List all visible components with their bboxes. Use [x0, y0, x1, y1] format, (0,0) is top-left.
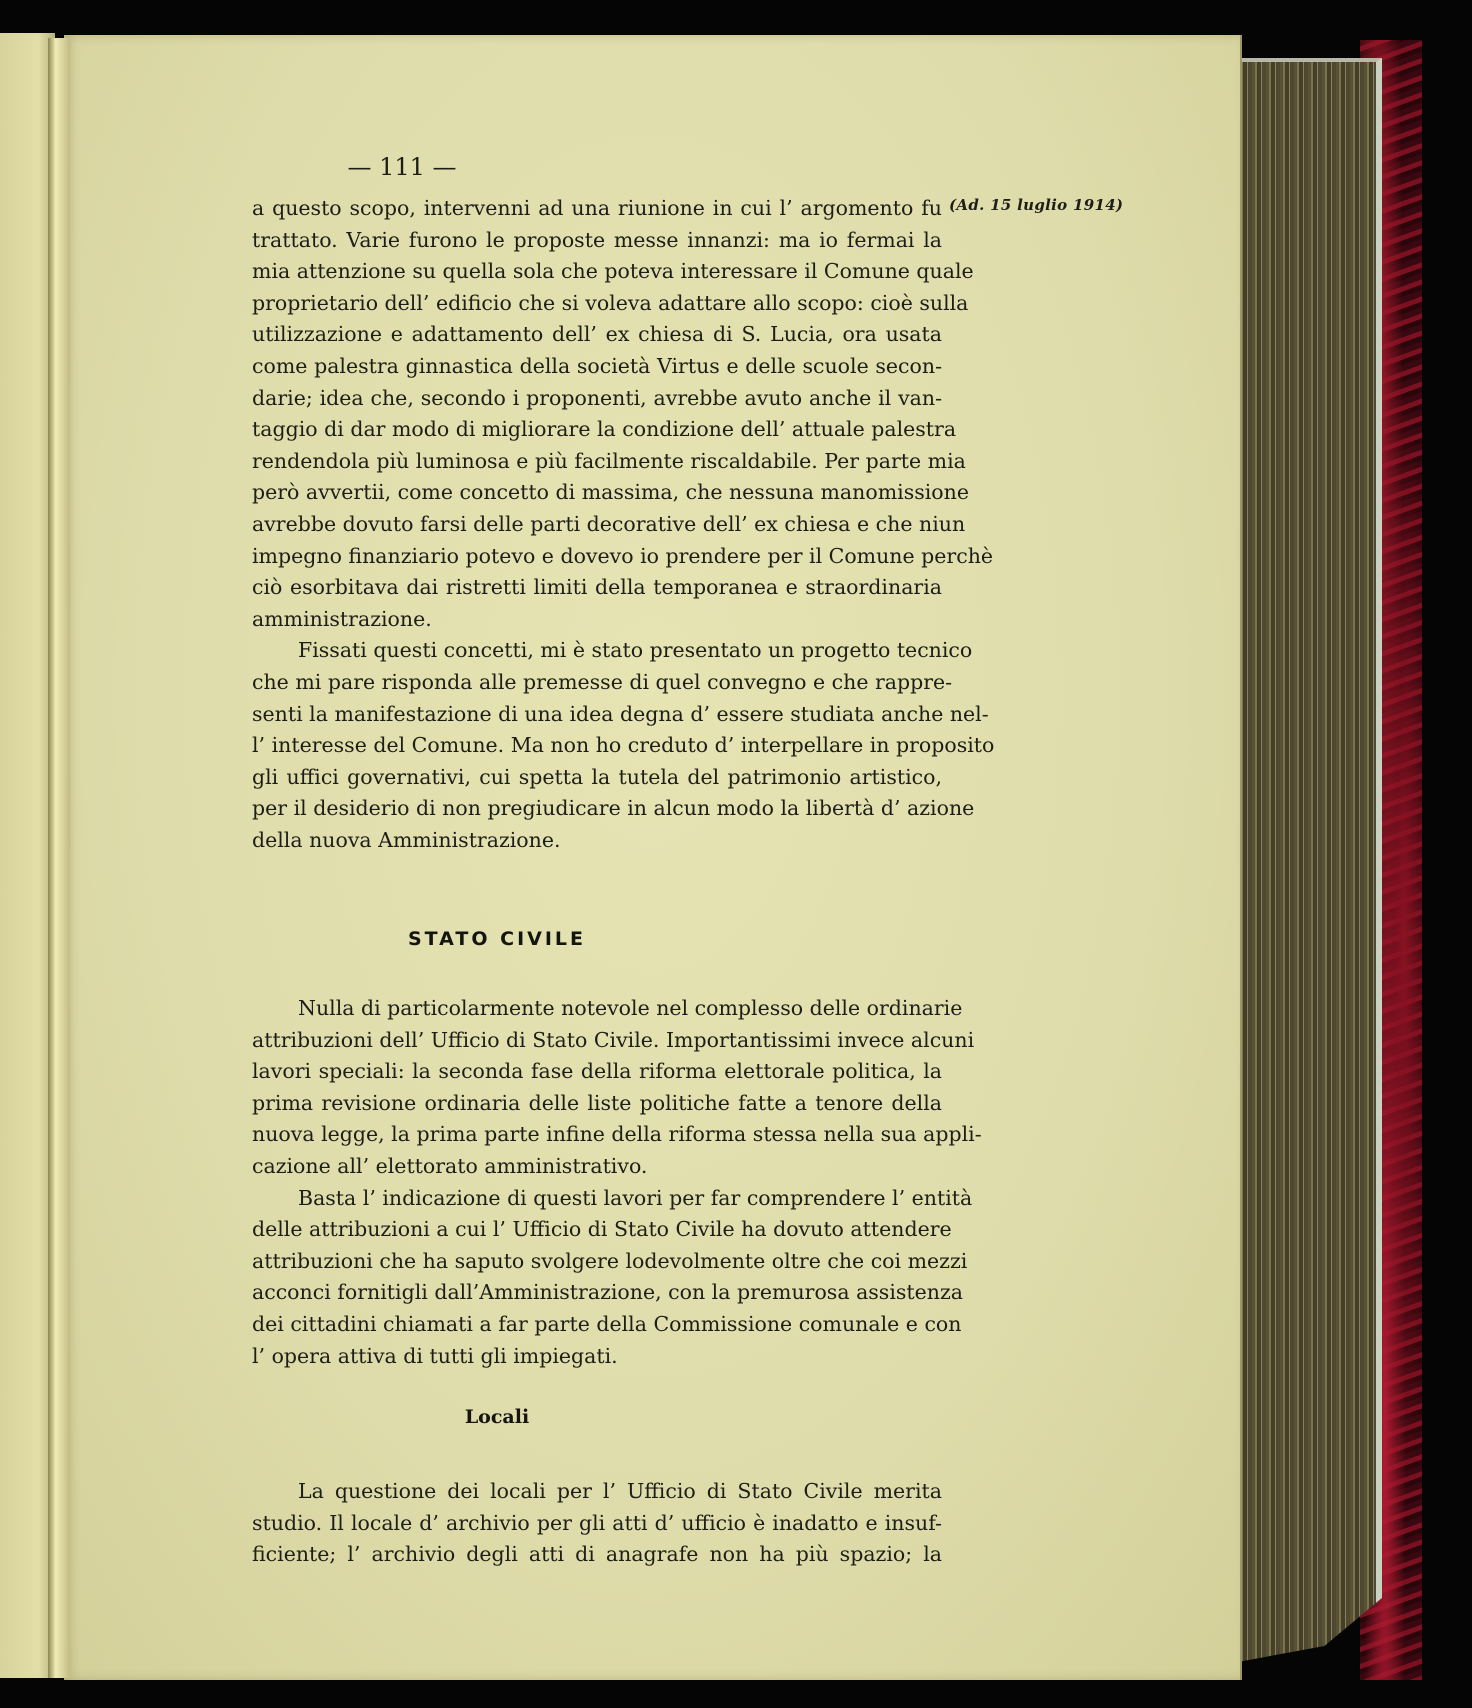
text-line: ciò esorbitava dai ristretti limiti dell…	[252, 572, 942, 604]
text-line: avrebbe dovuto farsi delle parti decorat…	[252, 509, 942, 541]
text-line: l’ opera attiva di tutti gli impiegati.	[252, 1341, 942, 1373]
text-line: delle attribuzioni a cui l’ Ufficio di S…	[252, 1214, 942, 1246]
text-line: a questo scopo, intervenni ad una riunio…	[252, 193, 942, 225]
paragraph-block-3: La questione dei locali per l’ Ufficio d…	[252, 1476, 942, 1571]
text-line: come palestra ginnastica della società V…	[252, 351, 942, 383]
text-line: per il desiderio di non pregiudicare in …	[252, 793, 942, 825]
text-line: acconci fornitigli dall’Amministrazione,…	[252, 1277, 942, 1309]
text-line: studio. Il locale d’ archivio per gli at…	[252, 1508, 942, 1540]
text-line: ficiente; l’ archivio degli atti di anag…	[252, 1539, 942, 1571]
text-line: dei cittadini chiamati a far parte della…	[252, 1309, 942, 1341]
text-line: gli uffici governativi, cui spetta la tu…	[252, 762, 942, 794]
book-spine-fold	[48, 38, 70, 1678]
text-line: che mi pare risponda alle premesse di qu…	[252, 667, 942, 699]
text-line: La questione dei locali per l’ Ufficio d…	[252, 1476, 942, 1508]
text-line: mia attenzione su quella sola che poteva…	[252, 256, 942, 288]
text-line: senti la manifestazione di una idea degn…	[252, 699, 942, 731]
margin-note-date: (Ad. 15 luglio 1914)	[949, 196, 1123, 214]
text-line: utilizzazione e adattamento dell’ ex chi…	[252, 319, 942, 351]
text-line: taggio di dar modo di migliorare la cond…	[252, 414, 942, 446]
book-page-edges	[1238, 58, 1382, 1662]
text-line: della nuova Amministrazione.	[252, 825, 942, 857]
previous-page-edge	[0, 33, 55, 1678]
text-line: trattato. Varie furono le proposte messe…	[252, 225, 942, 257]
paragraph-block-1: a questo scopo, intervenni ad una riunio…	[252, 193, 942, 856]
text-line: darie; idea che, secondo i proponenti, a…	[252, 383, 942, 415]
text-line: però avvertii, come concetto di massima,…	[252, 477, 942, 509]
text-line: lavori speciali: la seconda fase della r…	[252, 1056, 942, 1088]
text-line: Basta l’ indicazione di questi lavori pe…	[252, 1183, 942, 1215]
text-line: attribuzioni che ha saputo svolgere lode…	[252, 1246, 942, 1278]
text-line: amministrazione.	[252, 604, 942, 636]
text-line: cazione all’ elettorato amministrativo.	[252, 1151, 942, 1183]
text-line: nuova legge, la prima parte infine della…	[252, 1119, 942, 1151]
text-line: proprietario dell’ edificio che si volev…	[252, 288, 942, 320]
text-line: l’ interesse del Comune. Ma non ho credu…	[252, 730, 942, 762]
section-heading-locali: Locali	[64, 1406, 1240, 1428]
text-line: attribuzioni dell’ Ufficio di Stato Civi…	[252, 1025, 942, 1057]
text-line: impegno finanziario potevo e dovevo io p…	[252, 541, 942, 573]
text-line: Nulla di particolarmente notevole nel co…	[252, 993, 942, 1025]
text-line: rendendola più luminosa e più facilmente…	[252, 446, 942, 478]
book-page: — 111 — (Ad. 15 luglio 1914) a questo sc…	[64, 35, 1242, 1680]
text-line: prima revisione ordinaria delle liste po…	[252, 1088, 942, 1120]
page-number: — 111 —	[64, 153, 1240, 181]
paragraph-block-2: Nulla di particolarmente notevole nel co…	[252, 993, 942, 1372]
section-heading-stato-civile: STATO CIVILE	[64, 928, 1240, 950]
text-line: Fissati questi concetti, mi è stato pres…	[252, 635, 942, 667]
